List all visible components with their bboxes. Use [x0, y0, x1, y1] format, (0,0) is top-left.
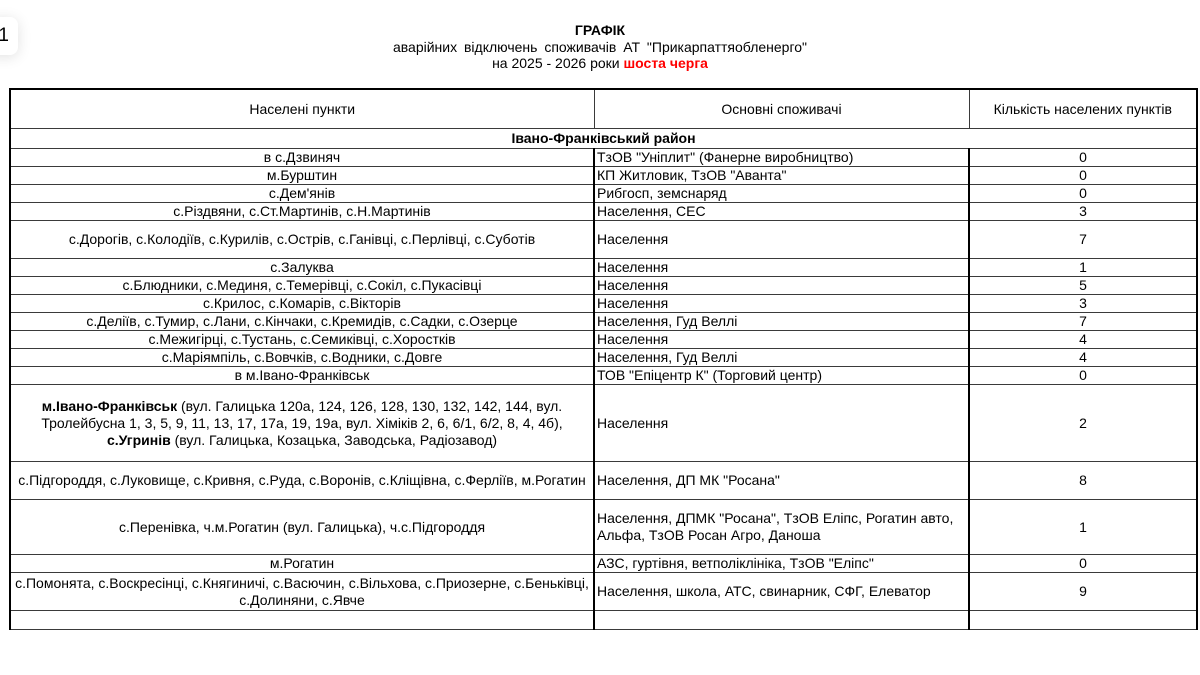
table-row: с.Підгороддя, с.Луковище, с.Кривня, с.Ру…: [10, 462, 1197, 500]
district-row: Івано-Франківський район: [10, 129, 1197, 149]
table-row-empty: [10, 611, 1197, 630]
count-cell: 0: [969, 167, 1197, 185]
district-name: Івано-Франківський район: [10, 129, 1197, 149]
locations-cell: с.Різдвяни, с.Ст.Мартинів, с.Н.Мартинів: [10, 203, 594, 221]
count-cell: 3: [969, 295, 1197, 313]
city-name: м.Івано-Франківськ: [42, 398, 177, 414]
document-header: ГРАФІК аварійних відключень споживачів А…: [0, 22, 1200, 72]
consumers-cell: Населення: [594, 295, 969, 313]
document-title: ГРАФІК: [0, 22, 1200, 39]
consumers-cell: ТзОВ "Уніплит" (Фанерне виробництво): [594, 149, 969, 167]
locations-cell: с.Межигірці, с.Тустань, с.Семиківці, с.Х…: [10, 331, 594, 349]
locations-cell: с.Крилос, с.Комарів, с.Вікторів: [10, 295, 594, 313]
locations-cell: с.Помонята, с.Воскресінці, с.Княгиничі, …: [10, 573, 594, 611]
locations-cell: с.Блюдники, с.Мединя, с.Темерівці, с.Сок…: [10, 277, 594, 295]
table-row: с.Дем'янів Рибгосп, земснаряд 0: [10, 185, 1197, 203]
table-row: в м.Івано-Франківськ ТОВ "Епіцентр К" (Т…: [10, 367, 1197, 385]
count-cell: 0: [969, 185, 1197, 203]
count-cell: 0: [969, 555, 1197, 573]
table-row: с.Межигірці, с.Тустань, с.Семиківці, с.Х…: [10, 331, 1197, 349]
table-row: м.Івано-Франківськ (вул. Галицька 120а, …: [10, 385, 1197, 462]
count-cell: 3: [969, 203, 1197, 221]
locations-cell: м.Рогатин: [10, 555, 594, 573]
consumers-cell: [594, 611, 969, 630]
table-row: в с.Дзвиняч ТзОВ "Уніплит" (Фанерне виро…: [10, 149, 1197, 167]
street-list: (вул. Галицька, Козацька, Заводська, Рад…: [171, 432, 497, 448]
consumers-cell: Населення: [594, 259, 969, 277]
count-cell: 2: [969, 385, 1197, 462]
table-row: с.Деліїв, с.Тумир, с.Лани, с.Кінчаки, с.…: [10, 313, 1197, 331]
count-cell: 5: [969, 277, 1197, 295]
consumers-cell: Населення: [594, 331, 969, 349]
locations-cell: с.Перенівка, ч.м.Рогатин (вул. Галицька)…: [10, 500, 594, 555]
outage-schedule-table: Населені пункти Основні споживачі Кількі…: [9, 88, 1198, 630]
table-row: с.Різдвяни, с.Ст.Мартинів, с.Н.Мартинів …: [10, 203, 1197, 221]
consumers-cell: Населення, ДПМК "Росана", ТзОВ Еліпс, Ро…: [594, 500, 969, 555]
count-cell: 1: [969, 259, 1197, 277]
table-row: с.Блюдники, с.Мединя, с.Темерівці, с.Сок…: [10, 277, 1197, 295]
table-row: с.Помонята, с.Воскресінці, с.Княгиничі, …: [10, 573, 1197, 611]
consumers-cell: КП Житловик, ТзОВ "Аванта": [594, 167, 969, 185]
document-subtitle: аварійних відключень споживачів АТ "Прик…: [0, 39, 1200, 56]
count-cell: 0: [969, 149, 1197, 167]
consumers-cell: Населення, ДП МК "Росана": [594, 462, 969, 500]
locations-cell: с.Дорогів, с.Колодіїв, с.Курилів, с.Остр…: [10, 221, 594, 259]
period-prefix: на 2025 - 2026 роки: [492, 55, 623, 71]
locations-cell: с.Залуква: [10, 259, 594, 277]
table-row: с.Залуква Населення 1: [10, 259, 1197, 277]
consumers-cell: ТОВ "Епіцентр К" (Торговий центр): [594, 367, 969, 385]
count-cell: 4: [969, 349, 1197, 367]
consumers-cell: Населення, Гуд Веллі: [594, 313, 969, 331]
count-cell: 4: [969, 331, 1197, 349]
locations-cell: с.Деліїв, с.Тумир, с.Лани, с.Кінчаки, с.…: [10, 313, 594, 331]
locations-cell: [10, 611, 594, 630]
locations-cell: с.Дем'янів: [10, 185, 594, 203]
document-period: на 2025 - 2026 роки шоста черга: [0, 55, 1200, 72]
consumers-cell: Населення: [594, 277, 969, 295]
locations-cell: в м.Івано-Франківськ: [10, 367, 594, 385]
table-row: с.Перенівка, ч.м.Рогатин (вул. Галицька)…: [10, 500, 1197, 555]
locations-cell: с.Підгороддя, с.Луковище, с.Кривня, с.Ру…: [10, 462, 594, 500]
table-row: м.Рогатин АЗС, гуртівня, ветполіклініка,…: [10, 555, 1197, 573]
queue-highlight: шоста черга: [624, 55, 708, 71]
table-row: с.Дорогів, с.Колодіїв, с.Курилів, с.Остр…: [10, 221, 1197, 259]
count-cell: 8: [969, 462, 1197, 500]
consumers-cell: Населення, СЕС: [594, 203, 969, 221]
table-row: с.Крилос, с.Комарів, с.Вікторів Населенн…: [10, 295, 1197, 313]
village-name: с.Угринів: [107, 432, 171, 448]
count-cell: 0: [969, 367, 1197, 385]
column-header-locations: Населені пункти: [10, 89, 594, 129]
locations-cell: м.Івано-Франківськ (вул. Галицька 120а, …: [10, 385, 594, 462]
column-header-count: Кількість населених пунктів: [969, 89, 1197, 129]
locations-cell: в с.Дзвиняч: [10, 149, 594, 167]
consumers-cell: Рибгосп, земснаряд: [594, 185, 969, 203]
column-header-consumers: Основні споживачі: [594, 89, 969, 129]
table-row: с.Маріямпіль, с.Вовчків, с.Водники, с.До…: [10, 349, 1197, 367]
count-cell: 9: [969, 573, 1197, 611]
locations-cell: м.Бурштин: [10, 167, 594, 185]
consumers-cell: Населення: [594, 221, 969, 259]
consumers-cell: Населення: [594, 385, 969, 462]
table-header-row: Населені пункти Основні споживачі Кількі…: [10, 89, 1197, 129]
count-cell: 7: [969, 221, 1197, 259]
count-cell: 7: [969, 313, 1197, 331]
consumers-cell: Населення, Гуд Веллі: [594, 349, 969, 367]
count-cell: [969, 611, 1197, 630]
count-cell: 1: [969, 500, 1197, 555]
consumers-cell: Населення, школа, АТС, свинарник, СФГ, Е…: [594, 573, 969, 611]
locations-cell: с.Маріямпіль, с.Вовчків, с.Водники, с.До…: [10, 349, 594, 367]
table-row: м.Бурштин КП Житловик, ТзОВ "Аванта" 0: [10, 167, 1197, 185]
consumers-cell: АЗС, гуртівня, ветполіклініка, ТзОВ "Елі…: [594, 555, 969, 573]
page-number-badge: 1: [0, 17, 18, 55]
